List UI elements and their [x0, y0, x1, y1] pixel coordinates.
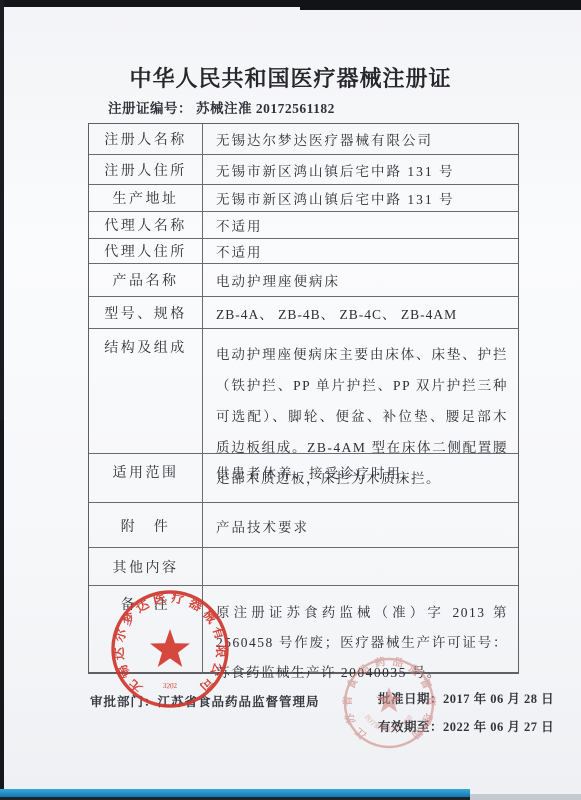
certificate-number-value: 苏械注准 20172561182 — [192, 101, 335, 116]
remarks-paragraph: 原注册证苏食药监械（准）字 2013 第 2560458 号作废；医疗器械生产许… — [216, 594, 508, 688]
row-label: 产品名称 — [89, 264, 203, 296]
bottom-gray-band — [470, 794, 581, 800]
footer-dates: 批准日期：2017 年 06 月 28 日 有效期至：2022 年 06 月 2… — [378, 689, 554, 745]
row-label: 型号、规格 — [89, 297, 203, 328]
row-value: 无锡达尔梦达医疗器械有限公司 — [203, 124, 518, 154]
row-registrant-name: 注册人名称 无锡达尔梦达医疗器械有限公司 — [89, 124, 518, 154]
row-label: 注册人住所 — [89, 155, 203, 184]
row-label: 备 注 — [89, 586, 203, 672]
row-value: 供患者休养、接受诊疗时用。 — [203, 454, 518, 502]
row-label: 其他内容 — [89, 548, 203, 585]
row-model-spec: 型号、规格 ZB-4A、 ZB-4B、 ZB-4C、 ZB-4AM — [89, 296, 518, 328]
row-value: 无锡市新区鸿山镇后宅中路 131 号 — [203, 185, 518, 211]
valid-until-value: 2022 年 06 月 27 日 — [443, 720, 554, 734]
approval-department-label: 审批部门： — [90, 695, 158, 709]
row-production-address: 生产地址 无锡市新区鸿山镇后宅中路 131 号 — [89, 184, 518, 211]
row-label: 代理人名称 — [89, 212, 203, 238]
approval-date-value: 2017 年 06 月 28 日 — [443, 692, 554, 706]
row-label: 附 件 — [89, 503, 203, 547]
certificate-title: 中华人民共和国医疗器械注册证 — [0, 62, 581, 93]
row-scope-of-application: 适用范围 供患者休养、接受诊疗时用。 — [89, 453, 518, 502]
row-value: 无锡市新区鸿山镇后宅中路 131 号 — [203, 155, 518, 184]
approval-department: 审批部门：江苏省食品药品监督管理局 — [90, 692, 320, 710]
row-value — [203, 548, 518, 585]
row-label: 结构及组成 — [89, 329, 203, 453]
row-value: 不适用 — [203, 239, 518, 263]
certificate-number-label: 注册证编号： — [108, 101, 192, 116]
valid-until-label: 有效期至： — [378, 720, 443, 734]
valid-until-date: 有效期至：2022 年 06 月 27 日 — [378, 717, 554, 735]
photo-edge-left — [0, 0, 4, 420]
row-registrant-address: 注册人住所 无锡市新区鸿山镇后宅中路 131 号 — [89, 154, 518, 184]
row-value: 产品技术要求 — [203, 503, 518, 547]
row-structure-composition: 结构及组成 电动护理座便病床主要由床体、床垫、护拦（铁护拦、PP 单片护拦、PP… — [89, 328, 518, 453]
row-agent-address: 代理人住所 不适用 — [89, 238, 518, 263]
row-remarks: 备 注 原注册证苏食药监械（准）字 2013 第 2560458 号作废；医疗器… — [89, 585, 518, 672]
row-label: 代理人住所 — [89, 239, 203, 263]
scan-photo: 中华人民共和国医疗器械注册证 注册证编号：苏械注准 20172561182 注册… — [0, 0, 581, 800]
row-value: ZB-4A、 ZB-4B、 ZB-4C、 ZB-4AM — [203, 297, 518, 328]
row-label: 注册人名称 — [89, 124, 203, 154]
row-agent-name: 代理人名称 不适用 — [89, 211, 518, 238]
row-other-content: 其他内容 — [89, 547, 518, 585]
row-attachment: 附 件 产品技术要求 — [89, 502, 518, 547]
approval-date: 批准日期：2017 年 06 月 28 日 — [378, 689, 554, 707]
bottom-blue-band — [0, 789, 470, 797]
photo-edge-top-right — [300, 0, 581, 10]
row-value: 电动护理座便病床主要由床体、床垫、护拦（铁护拦、PP 单片护拦、PP 双片护拦三… — [203, 329, 518, 453]
approval-department-value: 江苏省食品药品监督管理局 — [158, 695, 320, 709]
row-product-name: 产品名称 电动护理座便病床 — [89, 263, 518, 296]
certificate-table: 注册人名称 无锡达尔梦达医疗器械有限公司 注册人住所 无锡市新区鸿山镇后宅中路 … — [88, 123, 519, 674]
row-value: 电动护理座便病床 — [203, 264, 518, 296]
row-label: 适用范围 — [89, 454, 203, 502]
row-value: 原注册证苏食药监械（准）字 2013 第 2560458 号作废；医疗器械生产许… — [203, 586, 518, 672]
row-label: 生产地址 — [89, 185, 203, 211]
certificate-number: 注册证编号：苏械注准 20172561182 — [108, 97, 335, 117]
approval-date-label: 批准日期： — [378, 692, 443, 706]
row-value: 不适用 — [203, 212, 518, 238]
